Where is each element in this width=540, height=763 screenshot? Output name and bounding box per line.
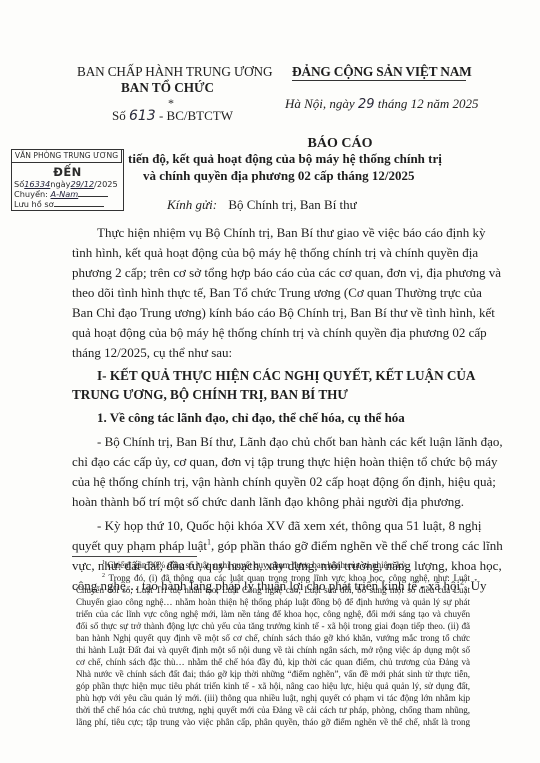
document-page: BAN CHẤP HÀNH TRUNG ƯƠNG BAN TỔ CHỨC * S… (0, 0, 540, 763)
footnote-text: Trong đó, (i) đã thông qua các luật quan… (109, 573, 470, 583)
subsection-heading: 1. Về công tác lãnh đạo, chỉ đạo, thể ch… (97, 410, 405, 426)
footnote-2-line: góp phần thực hiện mục tiêu phát triển k… (76, 681, 470, 691)
document-date: Hà Nội, ngày 29 tháng 12 năm 2025 (285, 96, 479, 112)
footnote-2-line: ban hành Nghị quyết quy định về một số c… (76, 633, 470, 643)
intro-line: Ban Chỉ đạo Trung ương) kính báo cáo Bộ … (72, 305, 470, 321)
date-suffix: tháng 12 năm 2025 (378, 96, 479, 111)
stamp-date-value: 29/12 (71, 179, 95, 189)
intro-line: theo dõi tình hình thực tế, Ban Tổ chức … (72, 285, 470, 301)
footnote-1: 1 Chiếm gần 30% tổng số luật, nghị quyết… (102, 560, 470, 570)
intro-line: Thực hiện nhiệm vụ Bộ Chính trị, Ban Bí … (97, 225, 470, 241)
footnote-mark: 1 (102, 560, 105, 566)
doc-number-prefix: Số (112, 108, 126, 123)
intro-line: tình hình, kết quả hoạt động của bộ máy … (72, 245, 470, 261)
stamp-number-line: Số16334ngày29/12/2025 (14, 179, 118, 189)
stamp-transfer-value: A-Nam (51, 189, 79, 199)
stamp-archive-label: Lưu hồ sơ (14, 199, 54, 209)
stamp-archive-line: Lưu hồ sơ (14, 199, 104, 209)
footnote-2-line: phù hợp với yêu cầu quản lý mới. (iii) t… (76, 693, 470, 703)
date-day-handwritten: 29 (358, 97, 375, 112)
stamp-transfer-label: Chuyển: (14, 189, 48, 199)
doc-number-handwritten: 613 (129, 108, 156, 124)
receipt-stamp: VĂN PHÒNG TRUNG ƯƠNG ĐẾN Số16334ngày29/1… (11, 149, 124, 211)
footnote-2-line: Nhà nước về chính sách đất đai; tháo gỡ … (76, 669, 470, 679)
footnote-2-line: Chuyển giao công nghệ… nhằm hoàn thiện h… (76, 597, 470, 607)
para1-line: - Bộ Chính trị, Ban Bí thư, Lãnh đạo chủ… (97, 434, 470, 450)
addressee-label: Kính gửi: (167, 197, 217, 212)
footnote-divider (72, 556, 197, 557)
footnote-2-line: triển của các lĩnh vực công nghệ mới, là… (76, 609, 470, 619)
footnote-2-line: thời thể chế hóa các chủ trương, nghị qu… (76, 705, 470, 715)
addressee-value: Bộ Chính trị, Ban Bí thư (228, 197, 356, 212)
report-title-line2: và chính quyền địa phương 02 cấp tháng 1… (143, 168, 513, 184)
issuer-top: BAN CHẤP HÀNH TRUNG ƯƠNG (77, 64, 272, 80)
report-type: BÁO CÁO (70, 136, 540, 152)
para1-line: của hệ thống chính trị, vận hành chính q… (72, 474, 470, 490)
para2-text: quyết quy phạm pháp luật (72, 538, 207, 553)
footnote-mark: 2 (102, 573, 105, 579)
stamp-transfer-line: Chuyển: A-Nam (14, 189, 108, 199)
para1-line: chỉ đạo các cấp ủy, cơ quan, đơn vị tập … (72, 454, 470, 470)
footnote-2-line: thi hành Luật Đất đai và quyết định một … (76, 645, 470, 655)
footnote-text: Chiếm gần 30% tổng số luật, nghị quyết q… (107, 560, 408, 570)
stamp-date-label: ngày (50, 179, 70, 189)
stamp-year: /2025 (94, 179, 118, 189)
footnote-2-line: cơ chế, chính sách đặc thù… nhằm thể chế… (76, 657, 470, 667)
footnote-2-line: Chuyển đổi số; Luật Trí tuệ nhân tạo; Lu… (76, 585, 470, 595)
para2-line: quyết quy phạm pháp luật1, góp phần tháo… (72, 538, 470, 554)
intro-line: phương 2 cấp; trên cơ sở tổng hợp báo cá… (72, 265, 470, 281)
para2-line: - Kỳ họp thứ 10, Quốc hội khóa XV đã xem… (97, 518, 470, 534)
party-name: ĐẢNG CỘNG SẢN VIỆT NAM (292, 64, 472, 80)
para1-line: hoàn thành bố trí một số chức danh lãnh … (72, 494, 470, 510)
addressee: Kính gửi: Bộ Chính trị, Ban Bí thư (167, 197, 357, 213)
report-title-line1: tiến độ, kết quả hoạt động của bộ máy hệ… (128, 151, 498, 167)
document-number: Số 613 - BC/BTCTW (112, 108, 233, 124)
stamp-number-value: 16334 (24, 179, 50, 189)
stamp-label: ĐẾN (12, 165, 123, 179)
footnote-2-line: đổi số thực sự trở thành động lực chủ yế… (76, 621, 470, 631)
para2-text: , góp phần tháo gỡ điểm nghẽn về thể chế… (211, 538, 503, 553)
issuer-name: BAN TỔ CHỨC (121, 80, 214, 96)
section-heading: I- KẾT QUẢ THỰC HIỆN CÁC NGHỊ QUYẾT, KẾT… (97, 368, 470, 384)
intro-line: quả hoạt động của bộ máy hệ thống chính … (72, 325, 470, 341)
footnote-2-line: 2 Trong đó, (i) đã thông qua các luật qu… (102, 573, 470, 583)
doc-number-suffix: - BC/BTCTW (159, 108, 233, 123)
stamp-number-label: Số (14, 179, 24, 189)
footnote-2-line: lãng phí, tiêu cực; tập trung vào việc p… (76, 717, 470, 727)
intro-line: tháng 12/2025, cụ thể như sau: (72, 345, 470, 361)
party-underline (292, 80, 466, 81)
date-prefix: Hà Nội, ngày (285, 96, 355, 111)
section-heading-cont: TRUNG ƯƠNG, BỘ CHÍNH TRỊ, BAN BÍ THƯ (72, 387, 348, 403)
